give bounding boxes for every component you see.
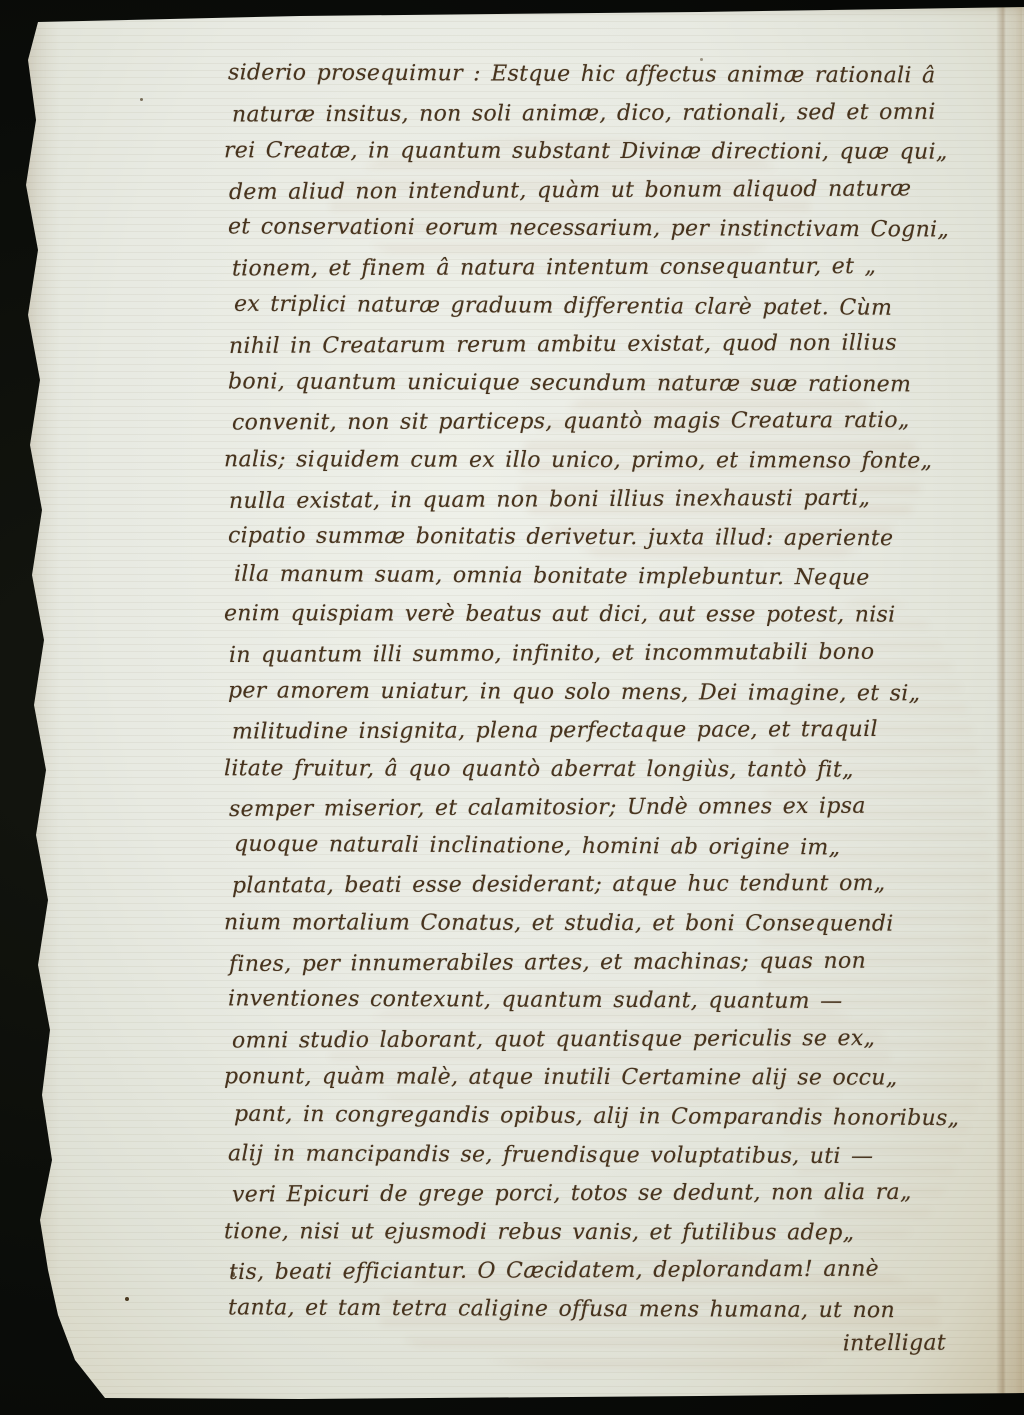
manuscript-line: dem aliud non intendunt, quàm ut bonum a… bbox=[229, 170, 999, 213]
manuscript-line: nalis; siquidem cum ex illo unico, primo… bbox=[224, 441, 994, 481]
manuscript-line: pant, in congregandis opibus, alij in Co… bbox=[234, 1096, 1004, 1139]
manuscript-line: nium mortalium Conatus, et studia, et bo… bbox=[224, 904, 994, 944]
manuscript-line: illa manum suam, omnia bonitate implebun… bbox=[234, 555, 1004, 598]
manuscript-line: litate fruitur, â quo quantò aberrat lon… bbox=[224, 750, 994, 790]
foxing-speck bbox=[140, 98, 143, 101]
manuscript-line: rei Creatæ, in quantum substant Divinæ d… bbox=[224, 132, 994, 172]
manuscript-line: fines, per innumerabiles artes, et machi… bbox=[229, 942, 999, 985]
manuscript-line: nulla existat, in quam non boni illius i… bbox=[229, 478, 999, 521]
manuscript-line: per amorem uniatur, in quo solo mens, De… bbox=[228, 672, 998, 714]
manuscript-line: ponunt, quàm malè, atque inutili Certami… bbox=[224, 1059, 994, 1099]
manuscript-line: tionem, et finem â natura intentum conse… bbox=[232, 247, 1002, 289]
manuscript-line: enim quispiam verè beatus aut dici, aut … bbox=[224, 596, 994, 636]
manuscript-line: et conservationi eorum necessarium, per … bbox=[228, 209, 998, 251]
manuscript-line: inventiones contexunt, quantum sudant, q… bbox=[228, 981, 998, 1023]
manuscript-line: plantata, beati esse desiderant; atque h… bbox=[232, 865, 1002, 907]
manuscript-line: boni, quantum unicuique secundum naturæ … bbox=[228, 363, 998, 405]
manuscript-line: omni studio laborant, quot quantisque pe… bbox=[232, 1019, 1002, 1061]
catchword: intelligat bbox=[226, 1324, 980, 1367]
manuscript-line: quoque naturali inclinatione, homini ab … bbox=[234, 826, 1004, 869]
manuscript-line: naturæ insitus, non soli animæ, dico, ra… bbox=[232, 93, 1002, 135]
manuscript-page: siderio prosequimur : Estque hic affectu… bbox=[0, 0, 1024, 1415]
foxing-speck bbox=[125, 1297, 129, 1301]
manuscript-line: tis, beati efficiantur. O Cæcidatem, dep… bbox=[229, 1250, 999, 1293]
manuscript-line: alij in mancipandis se, fruendisque volu… bbox=[228, 1135, 998, 1177]
manuscript-line: cipatio summæ bonitatis derivetur. juxta… bbox=[228, 517, 998, 559]
manuscript-line: nihil in Creatarum rerum ambitu existat,… bbox=[229, 324, 999, 367]
photo-backdrop: siderio prosequimur : Estque hic affectu… bbox=[0, 0, 1024, 1415]
manuscript-line: militudine insignita, plena perfectaque … bbox=[232, 711, 1002, 753]
manuscript-line: tione, nisi ut ejusmodi rebus vanis, et … bbox=[224, 1213, 994, 1253]
manuscript-line: in quantum illi summo, infinito, et inco… bbox=[229, 633, 999, 676]
manuscript-line: siderio prosequimur : Estque hic affectu… bbox=[228, 54, 998, 96]
manuscript-line: ex triplici naturæ graduum differentia c… bbox=[234, 285, 1004, 328]
manuscript-line: semper miserior, et calamitosior; Undè o… bbox=[229, 787, 999, 830]
text-block: siderio prosequimur : Estque hic affectu… bbox=[226, 56, 996, 1330]
manuscript-line: convenit, non sit particeps, quantò magi… bbox=[232, 402, 1002, 444]
manuscript-line: veri Epicuri de grege porci, totos se de… bbox=[232, 1174, 1002, 1216]
